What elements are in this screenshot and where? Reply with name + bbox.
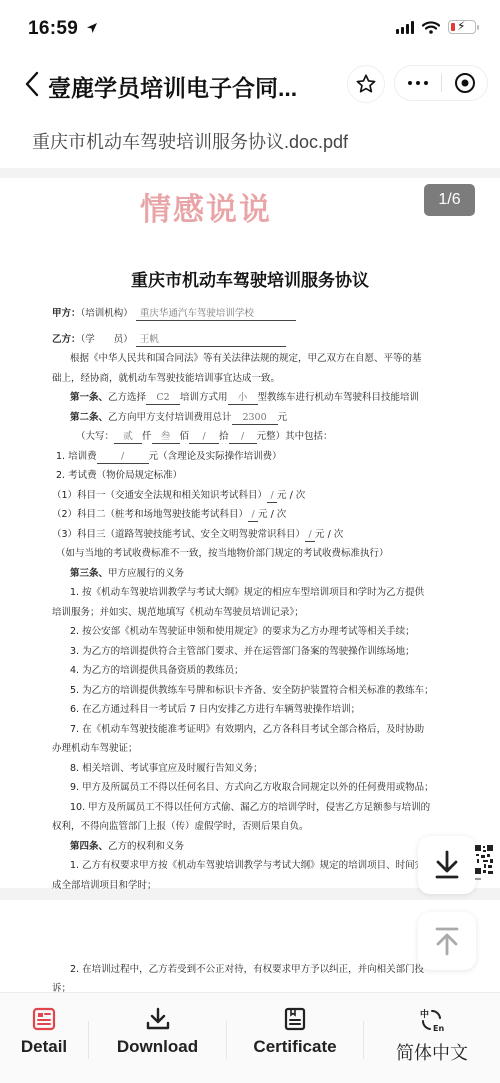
tab-detail[interactable]: Detail <box>0 993 88 1083</box>
article-1: 第一条、乙方选择C2培训方式用小型教练车进行机动车驾驶科目技能培训 <box>52 388 460 408</box>
party-a-line: 甲方：（培训机构） 重庆华通汽车驾驶培训学校 <box>52 304 460 324</box>
intro-line-2: 础上，经协商，就机动车驾驶技能培训事宜达成一致。 <box>52 369 460 389</box>
cellular-signal-icon <box>396 21 414 34</box>
party-a-value: 重庆华通汽车驾驶培训学校 <box>136 308 296 321</box>
article-3-item: 5. 为乙方的培训提供教练车号牌和标识卡齐备、安全防护装置符合相关标准的教练车； <box>52 681 460 701</box>
caps-hundreds-unit: 佰 <box>180 431 190 442</box>
star-icon <box>355 73 377 95</box>
total-fee-value: 2300 <box>232 412 278 425</box>
fee-training-label: 1. 培训费 <box>56 451 97 462</box>
battery-charging-low-icon: ⚡ <box>448 20 476 34</box>
scroll-to-top-button[interactable] <box>418 912 476 970</box>
article-1-text-c: 型教练车进行机动车驾驶科目技能培训 <box>258 392 420 403</box>
article-3-item: 4. 为乙方的培训提供具备资质的教练员； <box>52 661 460 681</box>
qr-code-icon[interactable] <box>474 844 494 882</box>
article-1-text-a: 乙方选择 <box>108 392 146 403</box>
subject-1-fee: （1）科目一（交通安全法规和相关知识考试科目）/元 / 次 <box>52 486 460 506</box>
nav-bar: 壹鹿学员培训电子合同... <box>0 56 500 112</box>
caps-hundreds: 叁 <box>152 431 180 444</box>
fee-training-value: / <box>97 451 149 464</box>
tab-language[interactable]: 中 En 简体中文 <box>364 993 500 1083</box>
favorite-button[interactable] <box>347 65 385 103</box>
chevron-left-icon[interactable] <box>22 70 44 98</box>
detail-document-icon <box>32 1007 56 1031</box>
article-4-heading: 第四条、乙方的权利和义务 <box>52 837 460 857</box>
status-time: 16:59 <box>28 18 98 40</box>
article-3-item: 1. 按《机动车驾驶培训教学与考试大纲》规定的相应车型培训项目和学时为乙方提供 <box>52 583 460 603</box>
subject-1-value: / <box>267 490 277 503</box>
fee-note: （如与当地的考试收费标准不一致，按当地物价部门规定的考试收费标准执行） <box>52 544 460 564</box>
article-3-item: 8. 相关培训、考试事宜应及时履行告知义务； <box>52 759 460 779</box>
status-icons: ⚡ <box>396 20 476 34</box>
download-arrow-icon <box>433 850 461 880</box>
subject-1-unit: 元 / 次 <box>277 490 305 501</box>
tab-label: Download <box>117 1037 198 1057</box>
file-name: 重庆市机动车驾驶培训服务协议.doc.pdf <box>0 112 500 168</box>
amount-in-words: （大写：贰仟叁佰/拾/元整）其中包括： <box>52 427 460 447</box>
record-circle-icon <box>454 72 476 94</box>
article-2-label: 第二条、 <box>70 412 108 423</box>
download-tray-icon <box>145 1007 171 1031</box>
miniprogram-capsule <box>394 65 488 101</box>
party-a-label: 甲方： <box>52 308 81 319</box>
subject-2-value: / <box>248 509 258 522</box>
party-a-role: （培训机构） <box>81 308 133 319</box>
subject-3-fee: （3）科目三（道路驾驶技能考试、安全文明驾驶常识科目）/元 / 次 <box>52 525 460 545</box>
certificate-icon <box>284 1007 306 1031</box>
subject-2-unit: 元 / 次 <box>258 509 286 520</box>
article-3-item: 2. 按公安部《机动车驾驶证申领和使用规定》的要求为乙方办理考试等相关手续； <box>52 622 460 642</box>
bottom-toolbar: Detail Download Certificate 中 En 简体中文 <box>0 992 500 1083</box>
total-fee-unit: 元 <box>278 412 288 423</box>
status-bar: 16:59 ⚡ <box>0 0 500 56</box>
article-4-item: 1. 乙方有权要求甲方按《机动车驾驶培训教学与考试大纲》规定的培训项目、时间完 <box>52 856 460 876</box>
tab-certificate[interactable]: Certificate <box>227 993 363 1083</box>
caps-tens-unit: 拾 <box>219 431 229 442</box>
article-3-heading: 第三条、甲方应履行的义务 <box>52 564 460 584</box>
svg-text:En: En <box>433 1024 444 1033</box>
tab-label: 简体中文 <box>396 1039 468 1065</box>
article-4-item: 成全部培训项目和学时； <box>52 876 460 896</box>
tab-download[interactable]: Download <box>89 993 226 1083</box>
page-indicator: 1/6 <box>424 184 475 216</box>
article-3-item: 3. 为乙方的培训提供符合主管部门要求、并在运管部门备案的驾驶操作训练场地； <box>52 642 460 662</box>
subject-1-label: （1）科目一（交通安全法规和相关知识考试科目） <box>52 490 267 501</box>
caps-tens: / <box>189 431 219 444</box>
article-3-title: 甲方应履行的义务 <box>108 568 184 579</box>
close-miniprogram-button[interactable] <box>442 72 487 94</box>
caps-close: 元整）其中包括： <box>257 431 333 442</box>
time-text: 16:59 <box>28 18 78 39</box>
article-2-text: 乙方向甲方支付培训费用总计 <box>108 412 232 423</box>
caps-ones: / <box>229 431 257 444</box>
article-4-item: 2. 在培训过程中，乙方若受到不公正对待，有权要求甲方予以纠正，并向相关部门投 <box>52 960 462 979</box>
article-1-text-b: 培训方式用 <box>180 392 228 403</box>
article-3-label: 第三条、 <box>70 568 108 579</box>
download-fab-button[interactable] <box>418 836 476 894</box>
subject-3-label: （3）科目三（道路驾驶技能考试、安全文明驾驶常识科目） <box>52 529 305 540</box>
article-3-item: 10. 甲方及所属员工不得以任何方式偷、漏乙方的培训学时，侵害乙方足额参与培训的 <box>52 798 460 818</box>
party-b-role: （学 员） <box>81 334 133 345</box>
article-4-title: 乙方的权利和义务 <box>108 841 184 852</box>
subject-2-label: （2）科目二（桩考和场地驾驶技能考试科目） <box>52 509 248 520</box>
location-arrow-icon <box>86 22 98 34</box>
watermark: 情感说说 <box>140 184 272 229</box>
wifi-icon <box>422 21 440 34</box>
article-4-item: 诉； <box>52 979 462 992</box>
pdf-page-1: 情感说说 1/6 重庆市机动车驾驶培训服务协议 甲方：（培训机构） 重庆华通汽车… <box>0 178 500 888</box>
subject-3-value: / <box>305 529 315 542</box>
article-3-item: 办理机动车驾驶证； <box>52 739 460 759</box>
caps-thousands-unit: 仟 <box>142 431 152 442</box>
caps-open: （大写： <box>76 431 114 442</box>
article-3-item: 9. 甲方及所属员工不得以任何名目、方式向乙方收取合同规定以外的任何费用或物品； <box>52 778 460 798</box>
tab-label: Certificate <box>253 1037 336 1057</box>
more-dots-icon[interactable] <box>395 81 441 85</box>
article-3-item: 权利，不得向监管部门上报（传）虚假学时，否则后果自负。 <box>52 817 460 837</box>
party-b-line: 乙方：（学 员） 王帆 <box>52 330 460 350</box>
article-2: 第二条、乙方向甲方支付培训费用总计2300元 <box>52 408 460 428</box>
article-4-label: 第四条、 <box>70 841 108 852</box>
tab-label: Detail <box>21 1037 67 1057</box>
fee-training: 1. 培训费/元（含理论及实际操作培训费） <box>52 447 460 467</box>
intro-line-1: 根据《中华人民共和国合同法》等有关法律法规的规定，甲乙双方在自愿、平等的基 <box>52 349 460 369</box>
subject-2-fee: （2）科目二（桩考和场地驾驶技能考试科目）/元 / 次 <box>52 505 460 525</box>
license-class-value: C2 <box>146 392 180 405</box>
vehicle-type-value: 小 <box>228 392 258 405</box>
caps-thousands: 贰 <box>114 431 142 444</box>
page-title: 壹鹿学员培训电子合同... <box>48 70 297 103</box>
article-3-item: 培训服务；并如实、规范地填写《机动车驾驶员培训记录》； <box>52 603 460 623</box>
party-b-value: 王帆 <box>136 334 286 347</box>
article-3-item: 6. 在乙方通过科目一考试后 7 日内安排乙方进行车辆驾驶操作培训； <box>52 700 460 720</box>
document-body: 甲方：（培训机构） 重庆华通汽车驾驶培训学校 乙方：（学 员） 王帆 根据《中华… <box>52 304 460 895</box>
subject-3-unit: 元 / 次 <box>315 529 343 540</box>
party-b-label: 乙方： <box>52 334 81 345</box>
article-3-item: 7. 在《机动车驾驶技能准考证明》有效期内，乙方各科目考试全部合格后，及时协助 <box>52 720 460 740</box>
fee-exam: 2. 考试费（物价局规定标准） <box>52 466 460 486</box>
article-1-label: 第一条、 <box>70 392 108 403</box>
fee-training-desc: 元（含理论及实际操作培训费） <box>149 451 282 462</box>
language-switch-icon: 中 En <box>419 1007 445 1033</box>
document-title: 重庆市机动车驾驶培训服务协议 <box>0 266 500 291</box>
svg-text:中: 中 <box>420 1008 429 1020</box>
page-2-body: 2. 在培训过程中，乙方若受到不公正对待，有权要求甲方予以纠正，并向相关部门投 … <box>52 960 462 992</box>
scroll-to-top-icon <box>433 926 461 956</box>
